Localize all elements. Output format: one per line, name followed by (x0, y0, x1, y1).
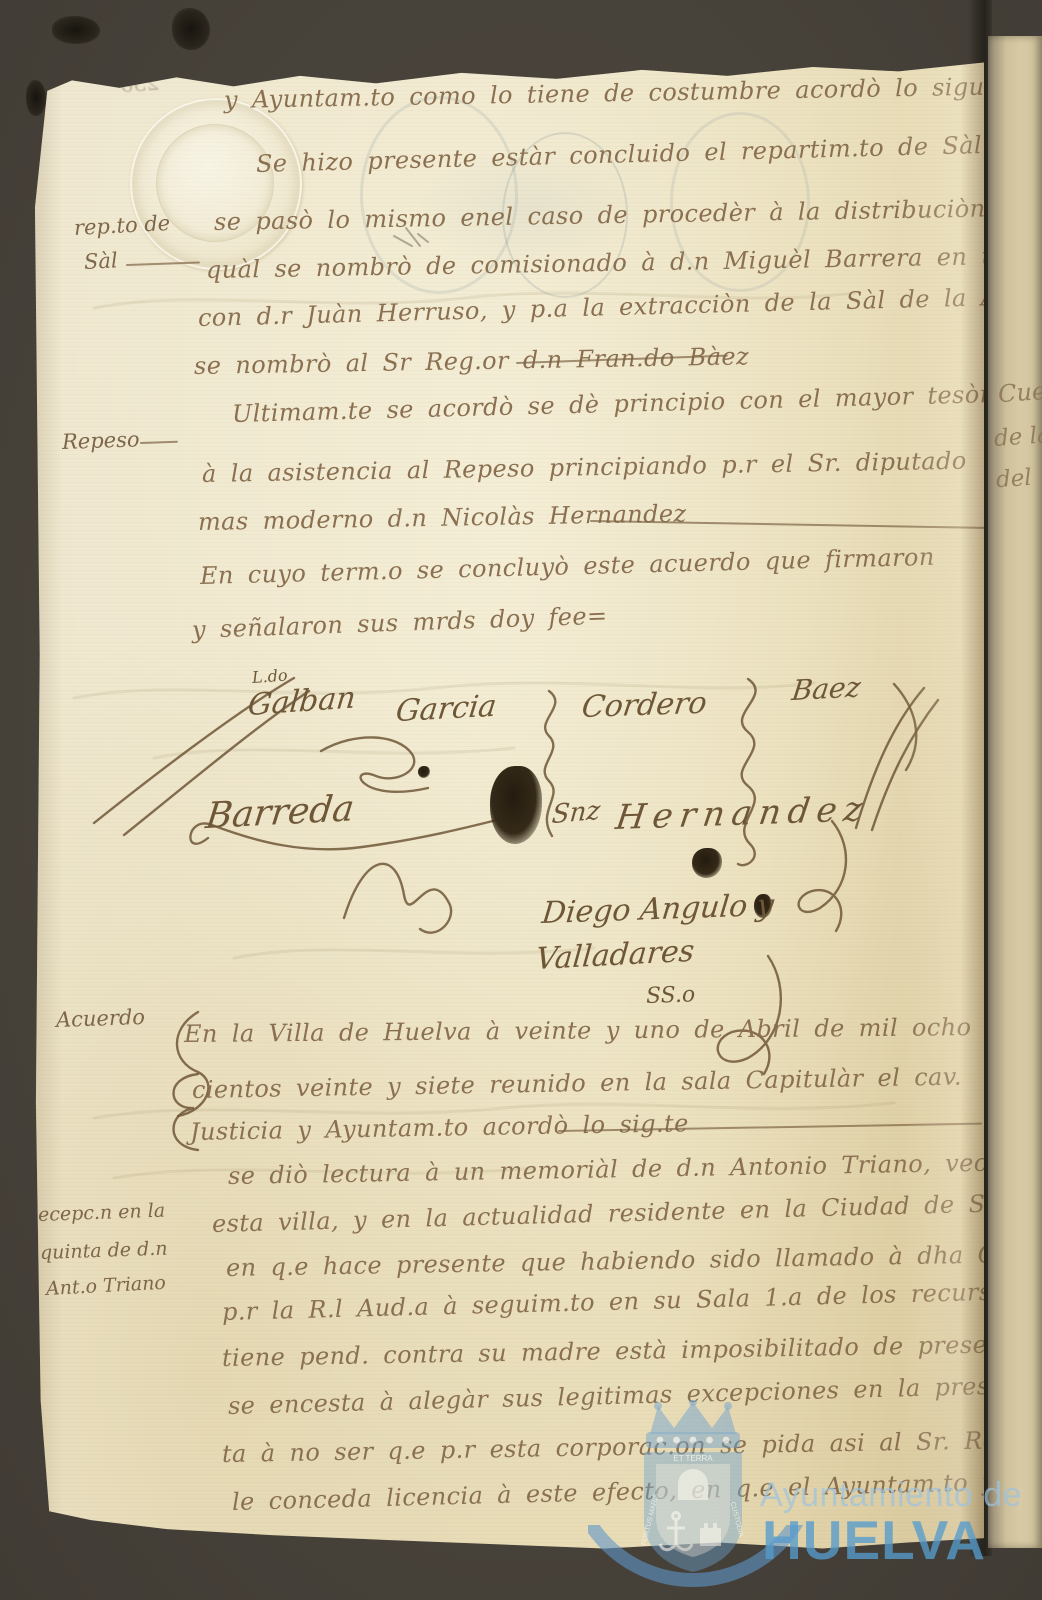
signature-title: L.do (251, 666, 288, 687)
signature-garcia: Garcia (394, 689, 499, 730)
signature-flourish (772, 813, 857, 938)
margin-note-repartimiento: rep.to de (73, 211, 170, 240)
ghost-page-number: 236 (119, 71, 159, 98)
neighbor-text-fragment: del (995, 465, 1032, 493)
neighbor-text-fragment: de la (993, 422, 1042, 452)
margin-note-sal: Sàl (83, 248, 118, 274)
scanned-manuscript-scene: Cuen de la del 236 rep.to de Sàl Repeso … (0, 0, 1042, 1600)
margin-note-acuerdo: Acuerdo (56, 1005, 146, 1032)
margin-note-excepcion: ecepc.n en la (38, 1200, 166, 1226)
signature-flourish (334, 833, 469, 958)
signature-flourish (718, 674, 778, 874)
margin-note-repeso: Repeso (62, 427, 140, 454)
edge-stain (172, 8, 210, 50)
neighbor-text-fragment: Cuen (997, 376, 1042, 408)
signature-snz: Snz (551, 796, 602, 831)
manuscript-page: 236 rep.to de Sàl Repeso Acuerdo ecepc.n… (34, 58, 984, 1550)
margin-note-excepcion: quinta de d.n (40, 1238, 168, 1264)
edge-stain (26, 80, 46, 116)
edge-stain (52, 16, 100, 44)
neighbor-page-edge: Cuen de la del (988, 36, 1042, 1548)
signature-cordero: Cordero (580, 686, 710, 726)
